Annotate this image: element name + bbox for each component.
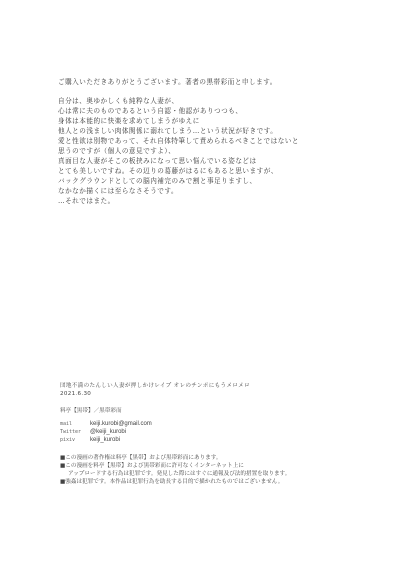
body-line: 自分は、奥ゆかしくも純粋な人妻が、: [58, 96, 299, 106]
contact-label: pixiv: [60, 437, 90, 445]
body-line: 真面目な人妻がそこの板挟みになって思い悩んでいる姿などは: [58, 156, 299, 166]
colophon: 団地不満のたんしい人妻が押しかけレイプ オレのチンポにもうメロメロ 2021.6…: [60, 382, 250, 398]
legal-note: ■この漫画の著作権は料亭【黒帯】および黒帯彩而にあります。: [60, 454, 290, 462]
body-line: 愛と性欲は別物であって、それ自体特筆して責められるべきことではないと: [58, 136, 299, 146]
contact-twitter: Twitter @keiji_kurobi: [60, 429, 152, 437]
intro-line: ご購入いただきありがとうございます。著者の黒帯彩而と申します。: [58, 77, 277, 87]
contact-list: mail keiji.kurobi@gmail.com Twitter @kei…: [60, 421, 152, 444]
contact-label: mail: [60, 421, 90, 429]
body-line: とても美しいですね。その辺りの葛藤がはるにもあると思いますが、: [58, 166, 299, 176]
body-line: 他人との浅ましい肉体関係に溺れてしまう…という状況が好きです。: [58, 126, 299, 136]
document-page: ご購入いただきありがとうございます。著者の黒帯彩而と申します。 自分は、奥ゆかし…: [0, 0, 400, 566]
afterword-body: 自分は、奥ゆかしくも純粋な人妻が、 心は常に夫のものであるという自認・他認があり…: [58, 96, 299, 207]
colophon-title: 団地不満のたんしい人妻が押しかけレイプ オレのチンポにもうメロメロ: [60, 382, 250, 390]
colophon-date: 2021.6.30: [60, 390, 250, 398]
contact-value: @keiji_kurobi: [90, 429, 126, 437]
contact-pixiv: pixiv keiji_kurobi: [60, 437, 152, 445]
contact-label: Twitter: [60, 429, 90, 437]
author-credit: 料亭【黒帯】／黒帯彩而: [60, 406, 122, 414]
contact-mail: mail keiji.kurobi@gmail.com: [60, 421, 152, 429]
body-line: なかなか描くには至らなさそうです。: [58, 186, 299, 196]
body-line: 思うのですが（個人の意見ですよ）、: [58, 146, 299, 156]
contact-value: keiji.kurobi@gmail.com: [90, 421, 152, 429]
legal-notes: ■この漫画の著作権は料亭【黒帯】および黒帯彩而にあります。 ■この漫画を料亭【黒…: [60, 454, 290, 486]
body-line: …それではまた。: [58, 196, 299, 206]
body-line: バックグラウンドとしての脳内補完のみで割と事足りますし、: [58, 176, 299, 186]
body-line: 心は常に夫のものであるという自認・他認がありつつも、: [58, 106, 299, 116]
legal-note: ■この漫画を料亭【黒帯】および黒帯彩而に許可なくインターネット上に: [60, 462, 290, 470]
contact-value: keiji_kurobi: [90, 437, 120, 445]
legal-note: ■強姦は犯罪です。本作品は犯罪行為を助長する目的で描かれたものではございません。: [60, 478, 290, 486]
legal-note: アップロードする行為は犯罪です。発見した際にはすぐに通報及び法的措置を取ります。: [60, 470, 290, 478]
body-line: 身体は本能的に快楽を求めてしまうがゆえに: [58, 116, 299, 126]
